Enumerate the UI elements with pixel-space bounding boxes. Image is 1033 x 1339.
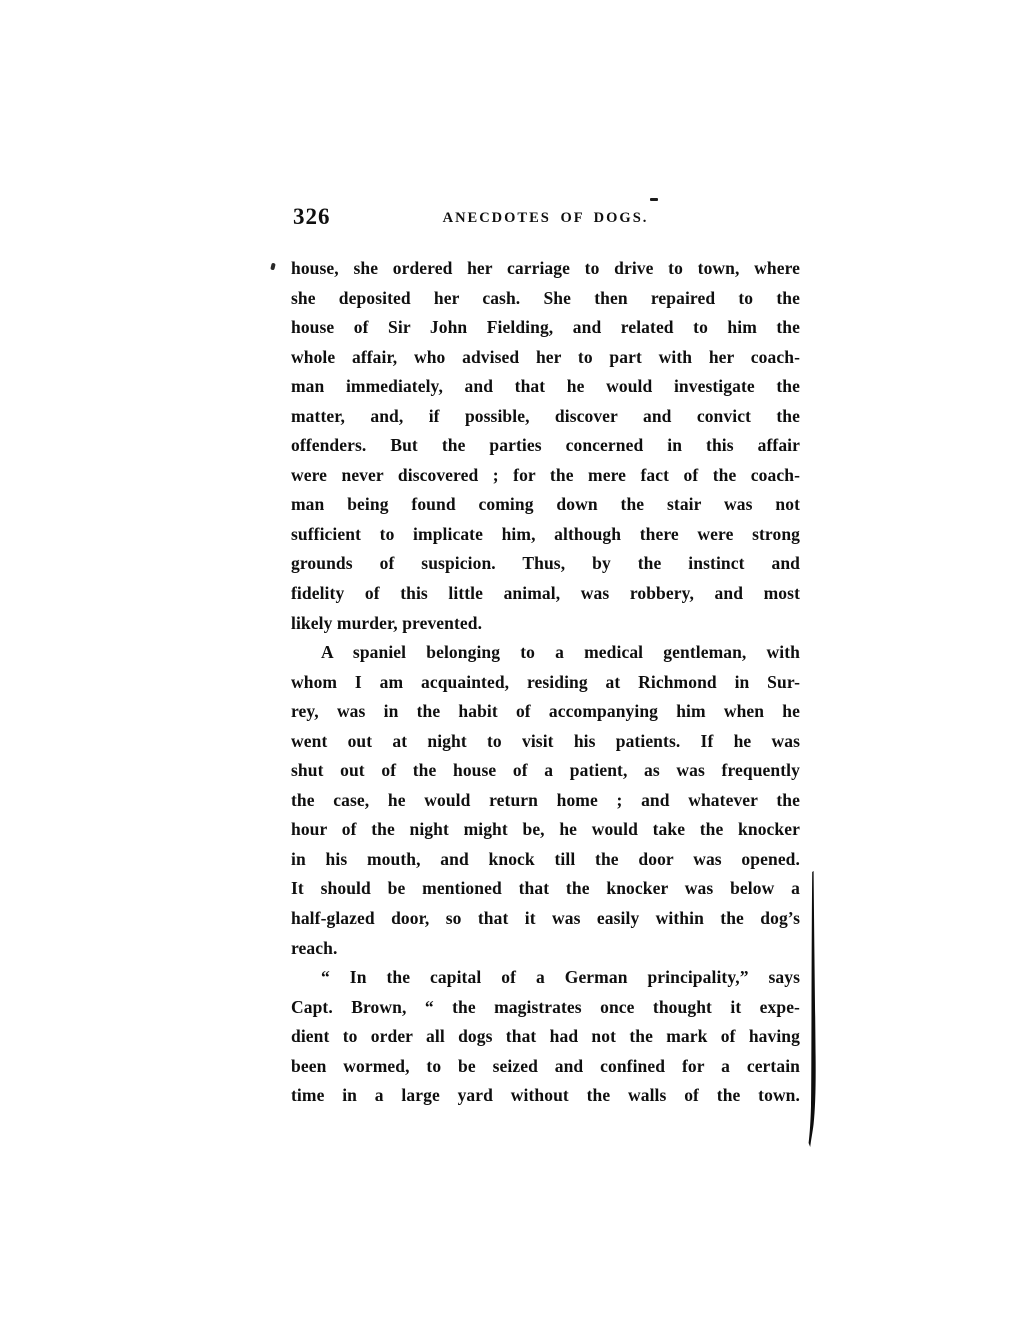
text-line: the case, he would return home ; and wha… <box>291 786 800 816</box>
text-line: went out at night to visit his patients.… <box>291 727 800 757</box>
text-line: sufficient to implicate him, although th… <box>291 520 800 550</box>
text-line: man being found coming down the stair wa… <box>291 490 800 520</box>
text-line: grounds of suspicion. Thus, by the insti… <box>291 549 800 579</box>
running-title: ANECDOTES OF DOGS. <box>291 210 800 227</box>
text-line: offenders. But the parties concerned in … <box>291 431 800 461</box>
text-line: were never discovered ; for the mere fac… <box>291 461 800 491</box>
text-line: fidelity of this little animal, was robb… <box>291 579 800 609</box>
text-line: matter, and, if possible, discover and c… <box>291 402 800 432</box>
text-line: dient to order all dogs that had not the… <box>291 1022 800 1052</box>
book-page: 326 ANECDOTES OF DOGS. house, she ordere… <box>0 0 1033 1339</box>
ink-speck-dash <box>650 198 658 201</box>
text-line: in his mouth, and knock till the door wa… <box>291 845 800 875</box>
scan-line-artifact <box>806 871 820 1147</box>
text-line: hour of the night might be, he would tak… <box>291 815 800 845</box>
text-line: A spaniel belonging to a medical gentlem… <box>291 638 800 668</box>
text-line: half-glazed door, so that it was easily … <box>291 904 800 934</box>
text-line: she deposited her cash. She then repaire… <box>291 284 800 314</box>
text-line: time in a large yard without the walls o… <box>291 1081 800 1111</box>
text-line: house, she ordered her carriage to drive… <box>291 254 800 284</box>
text-line: whole affair, who advised her to part wi… <box>291 343 800 373</box>
text-line: Capt. Brown, “ the magistrates once thou… <box>291 993 800 1023</box>
running-header: 326 ANECDOTES OF DOGS. <box>291 204 800 236</box>
text-line: rey, was in the habit of accompanying hi… <box>291 697 800 727</box>
ink-speck-dot <box>270 263 276 271</box>
text-line: shut out of the house of a patient, as w… <box>291 756 800 786</box>
text-line: It should be mentioned that the knocker … <box>291 874 800 904</box>
text-line: likely murder, prevented. <box>291 609 800 639</box>
text-line: “ In the capital of a German principalit… <box>291 963 800 993</box>
text-line: reach. <box>291 934 800 964</box>
text-line: been wormed, to be seized and confined f… <box>291 1052 800 1082</box>
text-line: house of Sir John Fielding, and related … <box>291 313 800 343</box>
body-text: house, she ordered her carriage to drive… <box>291 254 800 1111</box>
text-line: man immediately, and that he would inves… <box>291 372 800 402</box>
text-line: whom I am acquainted, residing at Richmo… <box>291 668 800 698</box>
